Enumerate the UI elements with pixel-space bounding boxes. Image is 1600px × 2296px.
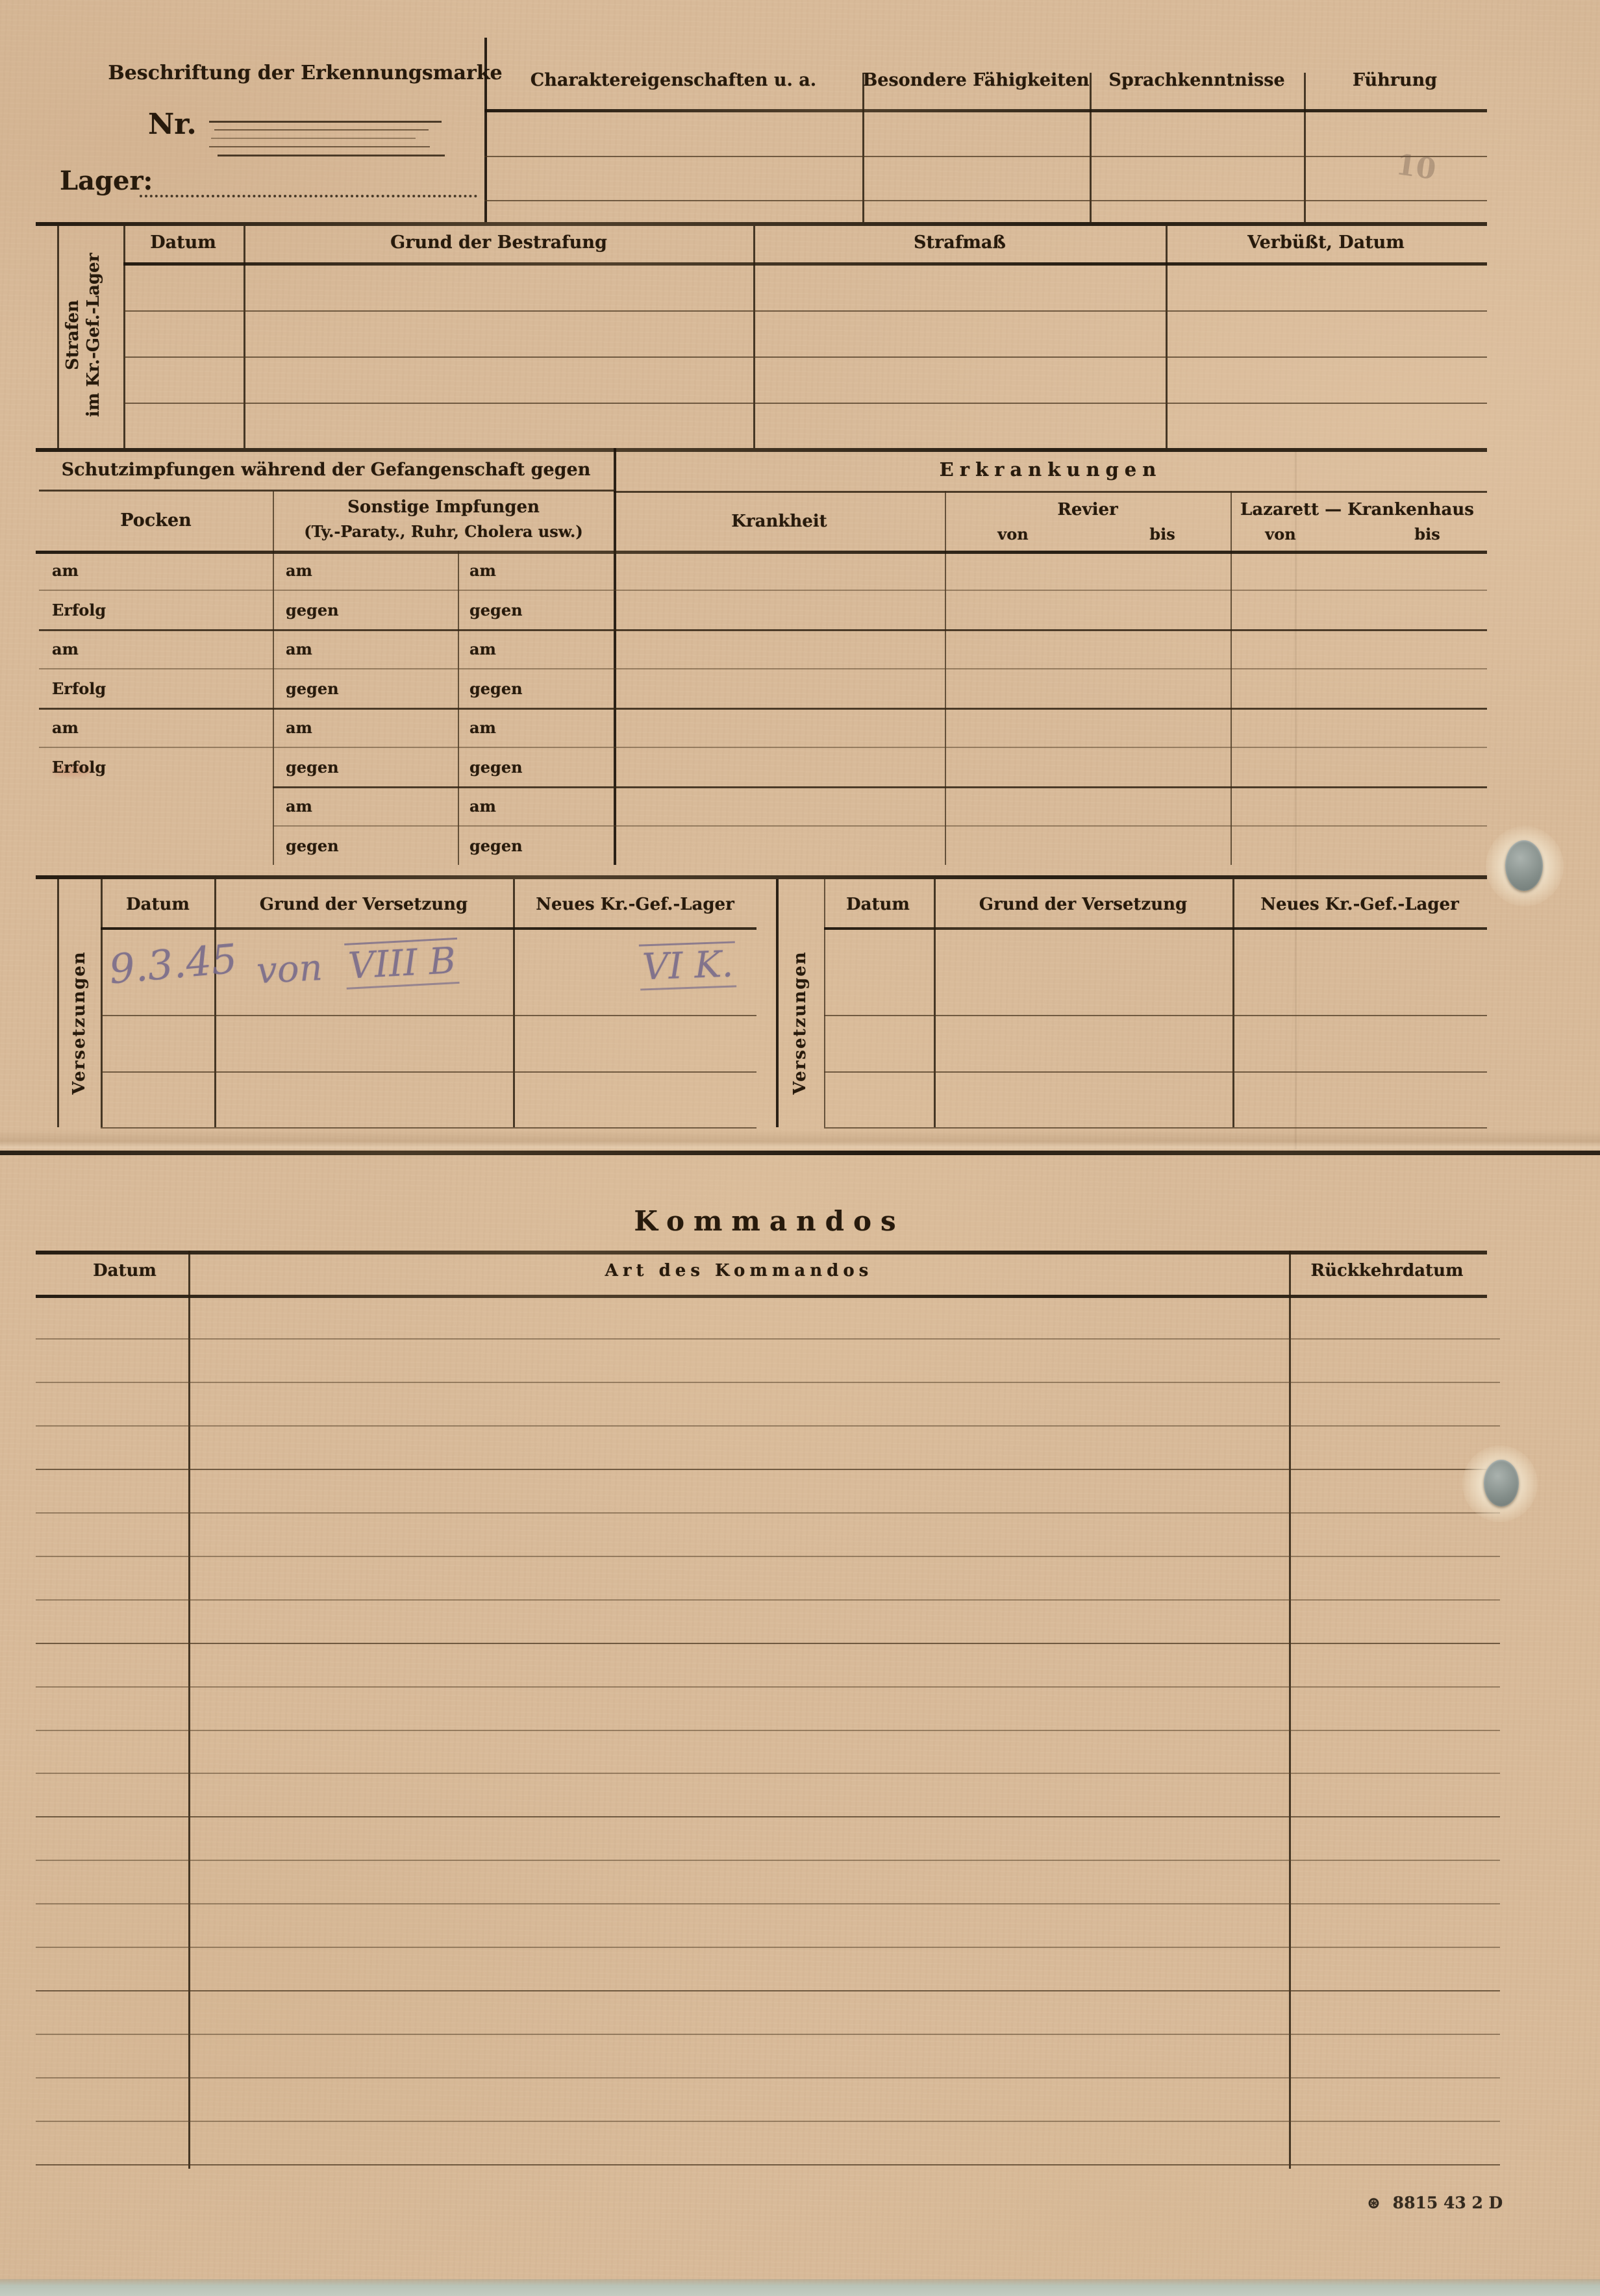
sonstige-a-label: am	[286, 718, 312, 737]
subheader-revier-von: von	[997, 525, 1028, 543]
column-header-pocken: Pocken	[120, 510, 192, 530]
sonstige-b-label: gegen	[469, 601, 523, 619]
table-divider	[214, 879, 216, 1127]
column-header-revier: Revier	[1057, 500, 1118, 519]
pocken-label: am	[52, 640, 79, 658]
fold-line	[0, 1151, 1600, 1155]
row-line	[36, 1947, 1500, 1948]
sonstige-a-label: gegen	[286, 758, 339, 777]
column-header-verbuesst: Verbüßt, Datum	[1247, 232, 1405, 253]
row-line	[824, 1071, 1487, 1073]
table-divider	[945, 491, 946, 865]
column-header-sonstige: Sonstige Impfungen	[347, 497, 540, 517]
column-header-art-kommandos: Art des Kommandos	[605, 1261, 873, 1280]
table-top-rule	[36, 1251, 1487, 1254]
table-divider	[1231, 491, 1232, 865]
header-underline	[36, 551, 1487, 554]
column-header-sprachkenntnisse: Sprachkenntnisse	[1108, 70, 1284, 90]
impfungen-title: Schutzimpfungen während der Gefangenscha…	[62, 460, 591, 480]
subheader-revier-bis: bis	[1149, 525, 1175, 543]
print-code-text: 8815 43 2 D	[1393, 2193, 1503, 2212]
row-line	[824, 1127, 1487, 1129]
table-divider	[934, 879, 936, 1127]
table-divider	[123, 226, 125, 448]
ghost-pencil-note: 10	[1394, 148, 1438, 186]
pocken-label: Erfolg	[52, 601, 106, 619]
nr-line	[218, 155, 445, 156]
row-line	[36, 1730, 1500, 1731]
sonstige-a-label: gegen	[286, 601, 339, 619]
column-header-grund-bestrafung: Grund der Bestrafung	[390, 232, 607, 253]
column-header-strafmass: Strafmaß	[914, 232, 1006, 253]
section-bottom-rule	[36, 448, 1487, 452]
sonstige-a-label: am	[286, 640, 312, 658]
handwritten-transfer-from: von VIII B	[256, 940, 460, 992]
row-line	[36, 2034, 1500, 2035]
handwritten-roman-numeral: VI K.	[639, 941, 736, 990]
row-line	[36, 1773, 1500, 1774]
punch-hole	[1484, 1460, 1519, 1506]
punch-hole	[1505, 840, 1543, 891]
row-line	[39, 629, 1487, 631]
row-line	[39, 708, 1487, 710]
versetzungen-side-label-left: Versetzungen	[47, 932, 112, 1114]
lager-label: Lager:	[60, 166, 153, 196]
column-header-rueckkehrdatum: Rückkehrdatum	[1311, 1261, 1464, 1280]
row-line	[36, 2077, 1500, 2078]
print-code: ⊛ 8815 43 2 D	[1367, 2193, 1503, 2212]
row-line	[36, 1903, 1500, 1904]
sonstige-b-label: gegen	[469, 836, 523, 855]
pocken-label: Erfolg	[52, 679, 106, 698]
row-line	[101, 1127, 756, 1129]
row-line	[36, 1643, 1500, 1644]
row-line	[39, 590, 1487, 591]
sonstige-a-label: gegen	[286, 836, 339, 855]
sonstige-b-label: am	[469, 561, 496, 580]
section-top-rule	[36, 875, 1487, 879]
column-header-faehigkeiten: Besondere Fähigkeiten	[862, 70, 1089, 90]
row-line	[273, 786, 1487, 788]
section-title-erkennungsmarke: Beschriftung der Erkennungsmarke	[108, 62, 502, 84]
sonstige-a-label: am	[286, 797, 312, 816]
table-divider	[614, 448, 616, 865]
handwritten-transfer-to: VI K.	[639, 943, 736, 988]
row-line	[36, 2164, 1500, 2165]
table-divider	[244, 226, 245, 448]
row-line	[36, 2121, 1500, 2122]
scan-bottom-edge	[0, 2279, 1600, 2296]
column-header-krankheit: Krankheit	[731, 512, 827, 531]
nr-line	[209, 146, 430, 147]
versetzungen-side-label-right: Versetzungen	[768, 932, 832, 1114]
header-underline	[614, 491, 1487, 493]
column-header-grund-versetzung: Grund der Versetzung	[979, 895, 1187, 914]
vertical-crease	[1295, 451, 1297, 1149]
subheader-lazarett-von: von	[1265, 525, 1295, 543]
column-header-datum: Datum	[93, 1261, 156, 1280]
row-line	[273, 825, 1487, 827]
handwritten-transfer-date: 9.3.45	[107, 935, 239, 993]
row-line	[36, 1338, 1500, 1340]
row-line	[36, 1382, 1500, 1383]
header-underline	[39, 490, 614, 492]
row-line	[123, 403, 1487, 404]
column-header-fuehrung: Führung	[1353, 70, 1437, 90]
row-line	[123, 356, 1487, 358]
row-line	[36, 1860, 1500, 1861]
pocken-label: am	[52, 561, 79, 580]
row-line	[484, 156, 1487, 157]
table-divider	[1232, 879, 1234, 1127]
row-line	[36, 1990, 1500, 1991]
column-header-sonstige-sub: (Ty.-Paraty., Ruhr, Cholera usw.)	[304, 522, 582, 541]
handwritten-roman-numeral: VIII B	[344, 938, 459, 990]
column-header-neues-lager: Neues Kr.-Gef.-Lager	[536, 895, 734, 914]
nr-line	[211, 138, 416, 139]
nr-line	[209, 121, 442, 123]
sonstige-b-label: gegen	[469, 679, 523, 698]
row-line	[484, 200, 1487, 201]
column-header-neues-lager: Neues Kr.-Gef.-Lager	[1260, 895, 1459, 914]
row-line	[36, 1425, 1500, 1427]
table-divider	[273, 491, 274, 865]
table-divider	[753, 226, 755, 448]
pocken-label: Erfolg	[52, 758, 106, 777]
header-underline	[484, 109, 1487, 112]
nr-label: Nr.	[148, 108, 197, 141]
row-line	[36, 1512, 1500, 1514]
column-header-datum: Datum	[846, 895, 910, 914]
sonstige-b-label: am	[469, 797, 496, 816]
section-top-rule	[36, 222, 1487, 226]
row-line	[824, 1015, 1487, 1016]
strafen-side-label: Strafen im Kr.-Gef.-Lager	[51, 244, 116, 426]
pocken-label: am	[52, 718, 79, 737]
header-underline	[123, 262, 1487, 266]
row-line	[36, 1599, 1500, 1601]
row-line	[36, 1469, 1500, 1470]
table-divider	[484, 38, 487, 222]
column-header-datum: Datum	[126, 895, 190, 914]
table-divider	[1289, 1251, 1291, 2169]
header-underline	[824, 927, 1487, 930]
nr-line	[214, 129, 429, 131]
erkrankungen-title: Erkrankungen	[940, 458, 1162, 480]
row-line	[123, 310, 1487, 312]
sonstige-b-label: gegen	[469, 758, 523, 777]
row-line	[36, 1686, 1500, 1688]
header-underline	[101, 927, 756, 930]
sonstige-a-label: am	[286, 561, 312, 580]
row-line	[101, 1015, 756, 1016]
strafen-side-label-line2: im Kr.-Gef.-Lager	[83, 253, 105, 418]
column-header-lazarett: Lazarett — Krankenhaus	[1240, 500, 1474, 519]
printer-mark-icon: ⊛	[1367, 2193, 1381, 2212]
lager-dotted-line[interactable]	[140, 175, 477, 197]
sonstige-b-label: am	[469, 640, 496, 658]
row-line	[36, 1556, 1500, 1557]
row-line	[101, 1071, 756, 1073]
header-underline	[36, 1295, 1487, 1298]
column-header-charakter: Charaktereigenschaften u. a.	[531, 70, 816, 90]
row-line	[39, 668, 1487, 669]
sonstige-a-label: gegen	[286, 679, 339, 698]
table-divider	[513, 879, 515, 1127]
fold-crease	[0, 1130, 1600, 1151]
kommandos-title: Kommandos	[634, 1205, 905, 1237]
strafen-side-label-line1: Strafen	[62, 253, 84, 418]
row-line	[39, 747, 1487, 748]
table-divider	[1166, 226, 1168, 448]
column-header-grund-versetzung: Grund der Versetzung	[260, 895, 468, 914]
table-divider	[188, 1251, 190, 2169]
subheader-lazarett-bis: bis	[1414, 525, 1440, 543]
column-header-datum: Datum	[150, 232, 216, 253]
row-line	[36, 1816, 1500, 1817]
sonstige-b-label: am	[469, 718, 496, 737]
